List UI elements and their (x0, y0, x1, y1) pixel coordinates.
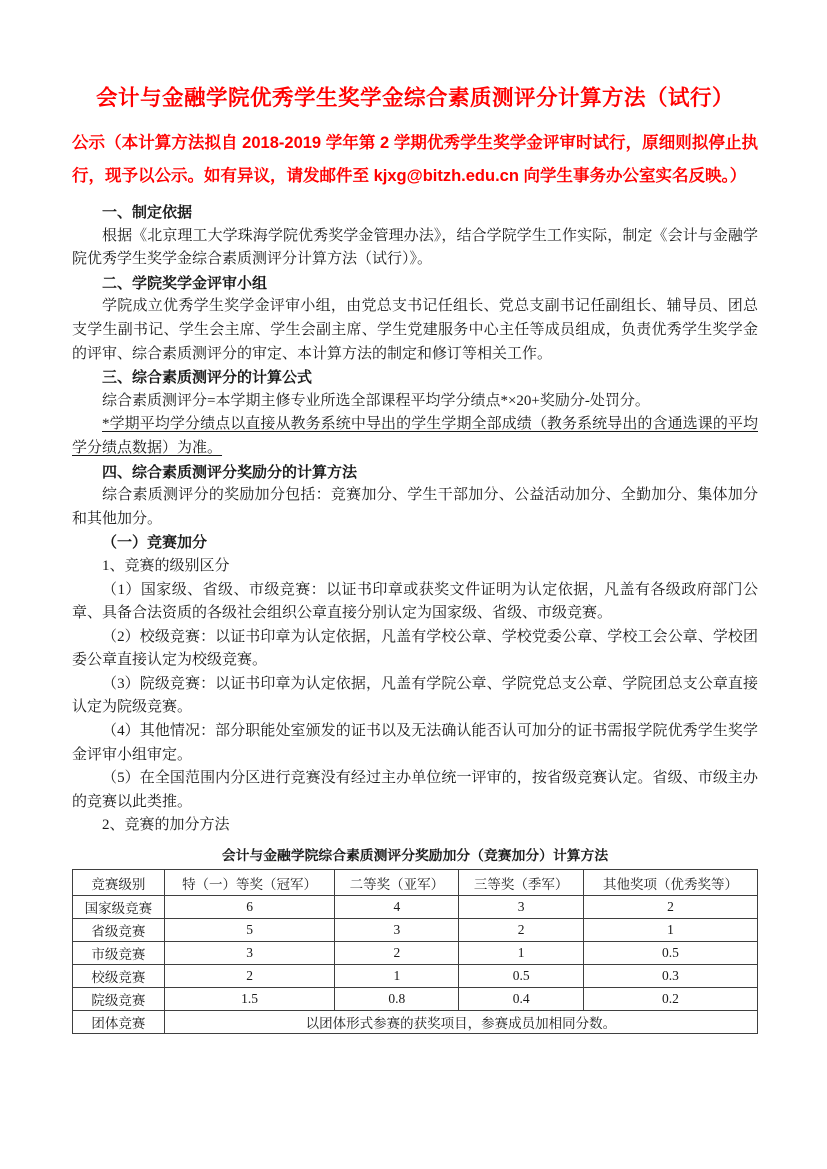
competition-bonus-table: 竞赛级别 特（一）等奖（冠军） 二等奖（亚军） 三等奖（季军） 其他奖项（优秀奖… (72, 869, 758, 1034)
score-cell: 3 (459, 896, 584, 919)
header-other-prize: 其他奖项（优秀奖等） (583, 870, 757, 896)
para-level-other-cases: （4）其他情况：部分职能处室颁发的证书以及无法确认能否认可加分的证书需报学院优秀… (72, 720, 758, 767)
team-note-cell: 以团体形式参赛的获奖项目，参赛成员加相同分数。 (164, 1011, 757, 1034)
row-level-cell: 院级竞赛 (73, 988, 165, 1011)
score-cell: 1.5 (164, 988, 335, 1011)
para-level-national: （1）国家级、省级、市级竞赛：以证书印章或获奖文件证明为认定依据，凡盖有各级政府… (72, 579, 758, 626)
para-bonus-method-label: 2、竞赛的加分方法 (72, 814, 758, 838)
score-cell: 3 (335, 919, 459, 942)
score-cell: 0.3 (583, 965, 757, 988)
para-bonus-types: 综合素质测评分的奖励加分包括：竞赛加分、学生干部加分、公益活动加分、全勤加分、集… (72, 484, 758, 531)
table-row-provincial: 省级竞赛 5 3 2 1 (73, 919, 758, 942)
score-cell: 1 (583, 919, 757, 942)
document-page: 会计与金融学院优秀学生奖学金综合素质测评分计算方法（试行） 公示（本计算方法拟自… (0, 0, 827, 1169)
table-row-college: 院级竞赛 1.5 0.8 0.4 0.2 (73, 988, 758, 1011)
para-review-group: 学院成立优秀学生奖学金评审小组，由党总支书记任组长、党总支副书记任副组长、辅导员… (72, 295, 758, 366)
para-level-college: （3）院级竞赛：以证书印章为认定依据，凡盖有学院公章、学院党总支公章、学院团总支… (72, 673, 758, 720)
document-title: 会计与金融学院优秀学生奖学金综合素质测评分计算方法（试行） (72, 83, 758, 113)
table-row-municipal: 市级竞赛 3 2 1 0.5 (73, 942, 758, 965)
para-competition-levels-label: 1、竞赛的级别区分 (72, 555, 758, 579)
score-cell: 2 (583, 896, 757, 919)
section-heading-bonus-method: 四、综合素质测评分奖励分的计算方法 (72, 461, 758, 485)
score-cell: 0.2 (583, 988, 757, 1011)
table-row-team: 团体竞赛 以团体形式参赛的获奖项目，参赛成员加相同分数。 (73, 1011, 758, 1034)
score-cell: 0.8 (335, 988, 459, 1011)
para-gpa-note: *学期平均学分绩点以直接从教务系统中导出的学生学期全部成绩（教务系统导出的含通选… (72, 413, 758, 460)
public-notice-paragraph: 公示（本计算方法拟自 2018-2019 学年第 2 学期优秀学生奖学金评审时试… (72, 127, 758, 192)
para-level-regional: （5）在全国范围内分区进行竞赛没有经过主办单位统一评审的，按省级竞赛认定。省级、… (72, 767, 758, 814)
score-cell: 3 (164, 942, 335, 965)
row-level-cell: 省级竞赛 (73, 919, 165, 942)
section-heading-basis: 一、制定依据 (72, 201, 758, 225)
row-level-cell: 国家级竞赛 (73, 896, 165, 919)
table-row-school: 校级竞赛 2 1 0.5 0.3 (73, 965, 758, 988)
document-body: 一、制定依据 根据《北京理工大学珠海学院优秀奖学金管理办法》，结合学院学生工作实… (72, 201, 758, 838)
score-cell: 2 (335, 942, 459, 965)
table-row-national: 国家级竞赛 6 4 3 2 (73, 896, 758, 919)
subsection-heading-competition: （一）竞赛加分 (72, 531, 758, 555)
score-cell: 4 (335, 896, 459, 919)
section-heading-review-group: 二、学院奖学金评审小组 (72, 272, 758, 296)
para-level-school: （2）校级竞赛：以证书印章为认定依据，凡盖有学校公章、学校党委公章、学校工会公章… (72, 626, 758, 673)
score-cell: 1 (459, 942, 584, 965)
score-cell: 2 (164, 965, 335, 988)
section-heading-formula: 三、综合素质测评分的计算公式 (72, 366, 758, 390)
bonus-table-caption: 会计与金融学院综合素质测评分奖励加分（竞赛加分）计算方法 (72, 844, 758, 864)
score-cell: 0.5 (583, 942, 757, 965)
row-level-cell: 校级竞赛 (73, 965, 165, 988)
score-cell: 6 (164, 896, 335, 919)
score-cell: 0.5 (459, 965, 584, 988)
score-cell: 5 (164, 919, 335, 942)
header-second-prize: 二等奖（亚军） (335, 870, 459, 896)
header-third-prize: 三等奖（季军） (459, 870, 584, 896)
score-cell: 1 (335, 965, 459, 988)
para-basis: 根据《北京理工大学珠海学院优秀奖学金管理办法》，结合学院学生工作实际，制定《会计… (72, 225, 758, 272)
row-level-cell: 市级竞赛 (73, 942, 165, 965)
para-formula: 综合素质测评分=本学期主修专业所选全部课程平均学分绩点*×20+奖励分-处罚分。 (72, 390, 758, 414)
row-level-cell: 团体竞赛 (73, 1011, 165, 1034)
header-competition-level: 竞赛级别 (73, 870, 165, 896)
score-cell: 2 (459, 919, 584, 942)
score-cell: 0.4 (459, 988, 584, 1011)
table-header-row: 竞赛级别 特（一）等奖（冠军） 二等奖（亚军） 三等奖（季军） 其他奖项（优秀奖… (73, 870, 758, 896)
header-first-prize: 特（一）等奖（冠军） (164, 870, 335, 896)
